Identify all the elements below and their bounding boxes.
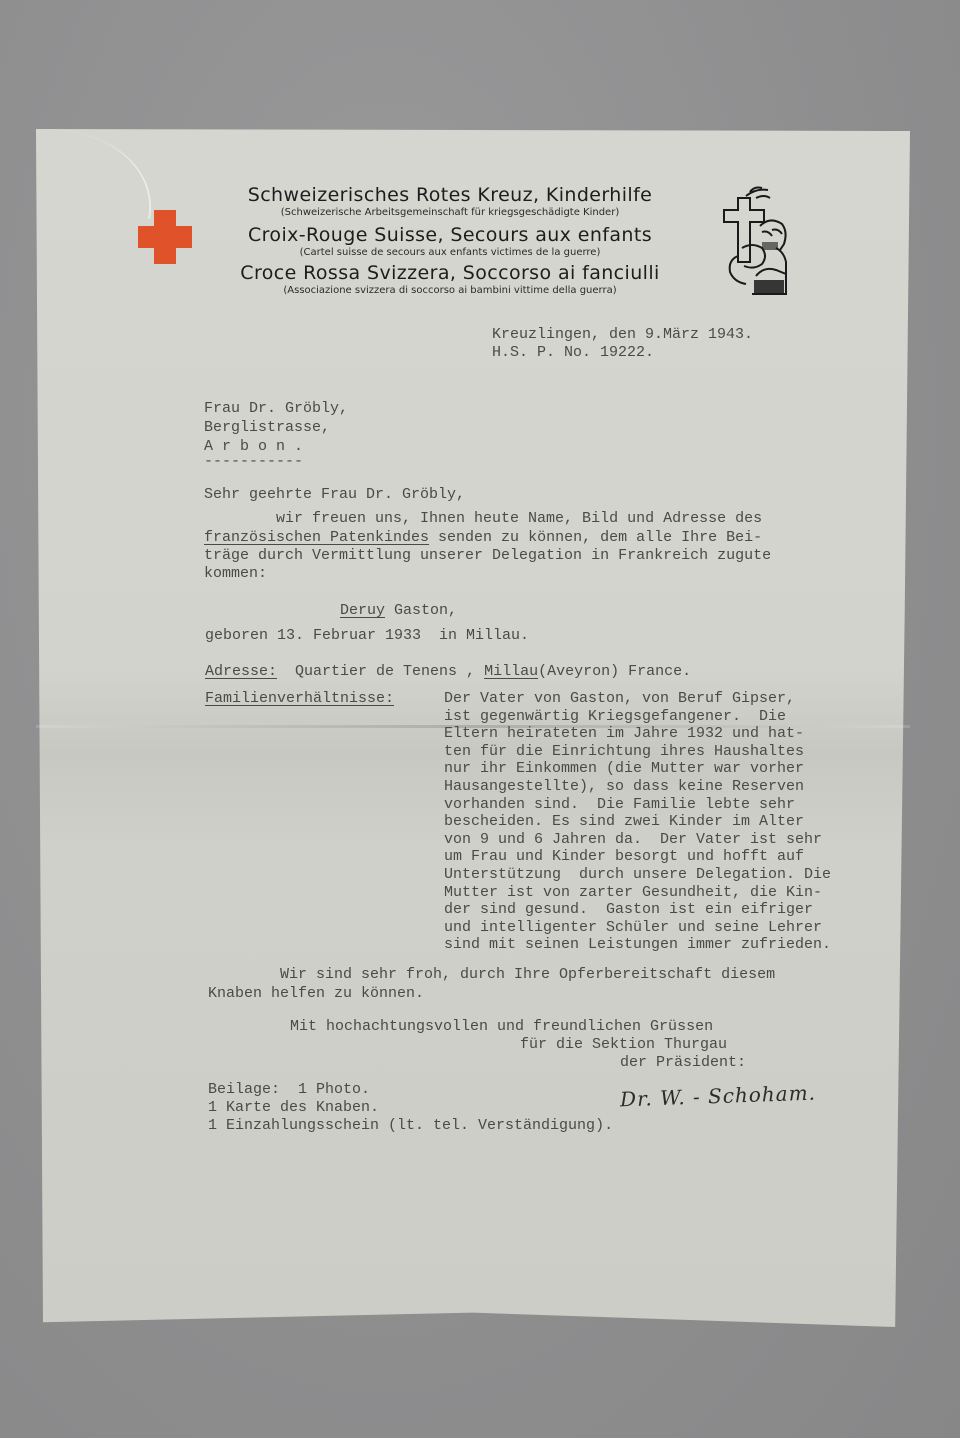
intro-line-3: träge durch Vermittlung unserer Delegati… — [204, 547, 771, 565]
family-line: ist gegenwärtig Kriegsgefangener. Die — [444, 708, 786, 726]
address-label: Adresse: — [205, 663, 277, 680]
recipient-street: Berglistrasse, — [204, 419, 330, 437]
child-name: Deruy Gaston, — [340, 602, 457, 620]
child-surname: Deruy — [340, 602, 385, 619]
family-line: der sind gesund. Gaston ist ein eifriger — [444, 901, 813, 919]
family-line: bescheiden. Es sind zwei Kinder im Alter — [444, 813, 804, 831]
salutation: Sehr geehrte Frau Dr. Gröbly, — [204, 486, 465, 504]
intro-line-4: kommen: — [204, 565, 267, 583]
closing-line-1: Wir sind sehr froh, durch Ihre Opferbere… — [208, 966, 775, 984]
family-line: und intelligenter Schüler und seine Lehr… — [444, 919, 822, 937]
letterhead-line-italian: Croce Rossa Svizzera, Soccorso ai fanciu… — [200, 262, 700, 284]
intro-line-1: wir freuen uns, Ihnen heute Name, Bild u… — [204, 510, 762, 528]
family-label: Familienverhältnisse: — [205, 690, 394, 708]
enclosure-line-2: 1 Karte des Knaben. — [208, 1099, 379, 1117]
family-line: vorhanden sind. Die Familie lebte sehr — [444, 796, 795, 814]
letterhead-sub-italian: (Associazione svizzera di soccorso ai ba… — [200, 285, 700, 296]
family-line: Hausangestellte), so dass keine Reserven — [444, 778, 804, 796]
family-line: um Frau und Kinder besorgt und hofft auf — [444, 848, 804, 866]
enclosure-line-3: 1 Einzahlungsschein (lt. tel. Verständig… — [208, 1117, 613, 1135]
closing-line-2: Knaben helfen zu können. — [208, 985, 424, 1003]
family-line: ten für die Einrichtung ihres Haushaltes — [444, 743, 804, 761]
recipient-rule: ----------- — [204, 453, 303, 471]
reference-number: H.S. P. No. 19222. — [492, 344, 654, 362]
recipient-name: Frau Dr. Gröbly, — [204, 400, 348, 418]
letterhead-sub-german: (Schweizerische Arbeitsgemeinschaft für … — [200, 207, 700, 218]
greeting-line-2: für die Sektion Thurgau — [520, 1036, 727, 1054]
family-line: nur ihr Einkommen (die Mutter war vorher — [444, 760, 804, 778]
letterhead-sub-french: (Cartel suisse de secours aux enfants vi… — [200, 247, 700, 258]
greeting-line-1: Mit hochachtungsvollen und freundlichen … — [290, 1018, 713, 1036]
address-line: Adresse: Quartier de Tenens , Millau(Ave… — [205, 663, 691, 681]
address-town: Millau — [484, 663, 538, 680]
enclosure-line-1: Beilage: 1 Photo. — [208, 1081, 370, 1099]
family-line: Mutter ist von zarter Gesundheit, die Ki… — [444, 884, 822, 902]
red-cross-children-emblem-icon — [716, 186, 796, 296]
letterhead-line-german: Schweizerisches Rotes Kreuz, Kinderhilfe — [200, 184, 700, 206]
underlined-phrase: französischen Patenkindes — [204, 529, 429, 546]
greeting-line-3: der Präsident: — [620, 1054, 746, 1072]
place-date: Kreuzlingen, den 9.März 1943. — [492, 326, 753, 344]
red-cross-icon — [138, 210, 192, 264]
letterhead-line-french: Croix-Rouge Suisse, Secours aux enfants — [200, 224, 700, 246]
intro-line-2: französischen Patenkindes senden zu könn… — [204, 529, 762, 547]
family-line: Der Vater von Gaston, von Beruf Gipser, — [444, 690, 795, 708]
family-line: sind mit seinen Leistungen immer zufried… — [444, 936, 831, 954]
family-line: von 9 und 6 Jahren da. Der Vater ist seh… — [444, 831, 822, 849]
family-line: Eltern heirateten im Jahre 1932 und hat- — [444, 725, 804, 743]
family-line: Unterstützung durch unsere Delegation. D… — [444, 866, 831, 884]
child-birth: geboren 13. Februar 1933 in Millau. — [205, 627, 529, 645]
